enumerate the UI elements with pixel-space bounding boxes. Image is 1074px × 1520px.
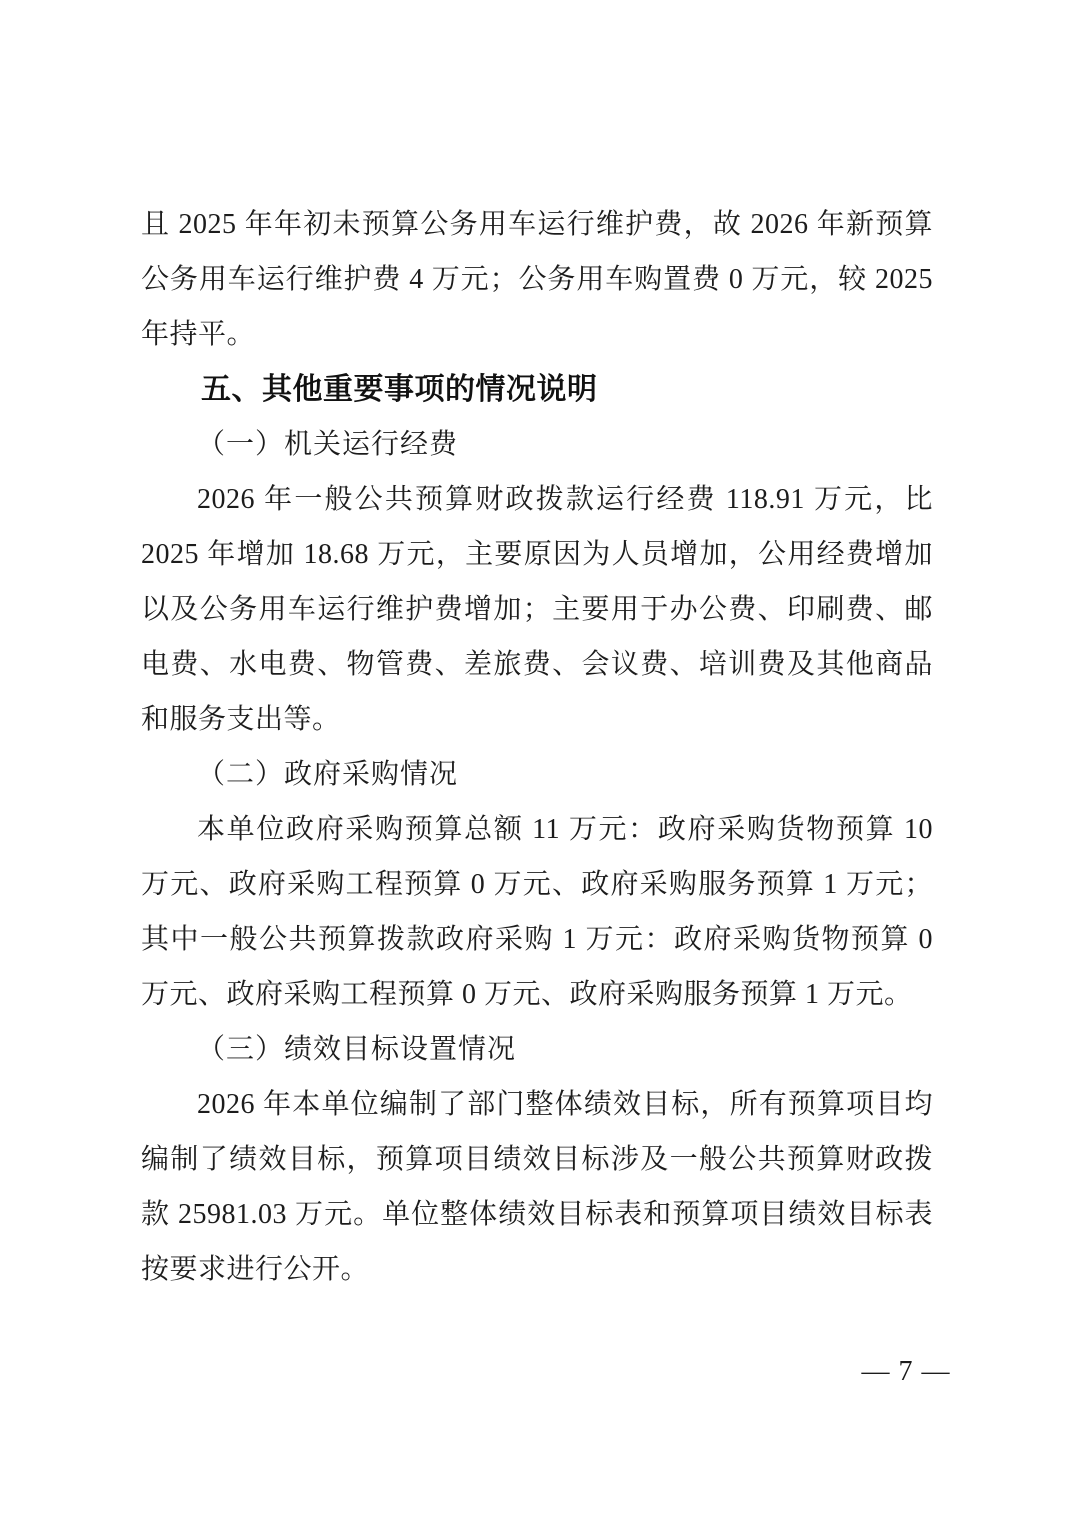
paragraph-operating-expense-detail: 2026 年一般公共预算财政拨款运行经费 118.91 万元，比 2025 年增… bbox=[141, 472, 933, 747]
section-heading-other-important-matters: 五、其他重要事项的情况说明 bbox=[141, 362, 933, 417]
page-number: — 7 — bbox=[860, 1347, 952, 1397]
paragraph-performance-target-detail: 2026 年本单位编制了部门整体绩效目标，所有预算项目均编制了绩效目标，预算项目… bbox=[141, 1077, 933, 1297]
document-page: 且 2025 年年初未预算公务用车运行维护费，故 2026 年新预算公务用车运行… bbox=[0, 0, 1074, 1520]
subheading-government-procurement: （二）政府采购情况 bbox=[141, 747, 933, 802]
paragraph-vehicle-budget-continuation: 且 2025 年年初未预算公务用车运行维护费，故 2026 年新预算公务用车运行… bbox=[141, 197, 933, 362]
subheading-performance-target-setting: （三）绩效目标设置情况 bbox=[141, 1022, 933, 1077]
paragraph-procurement-detail: 本单位政府采购预算总额 11 万元：政府采购货物预算 10 万元、政府采购工程预… bbox=[141, 802, 933, 1022]
subheading-agency-operating-expense: （一）机关运行经费 bbox=[141, 417, 933, 472]
document-content: 且 2025 年年初未预算公务用车运行维护费，故 2026 年新预算公务用车运行… bbox=[141, 197, 933, 1297]
